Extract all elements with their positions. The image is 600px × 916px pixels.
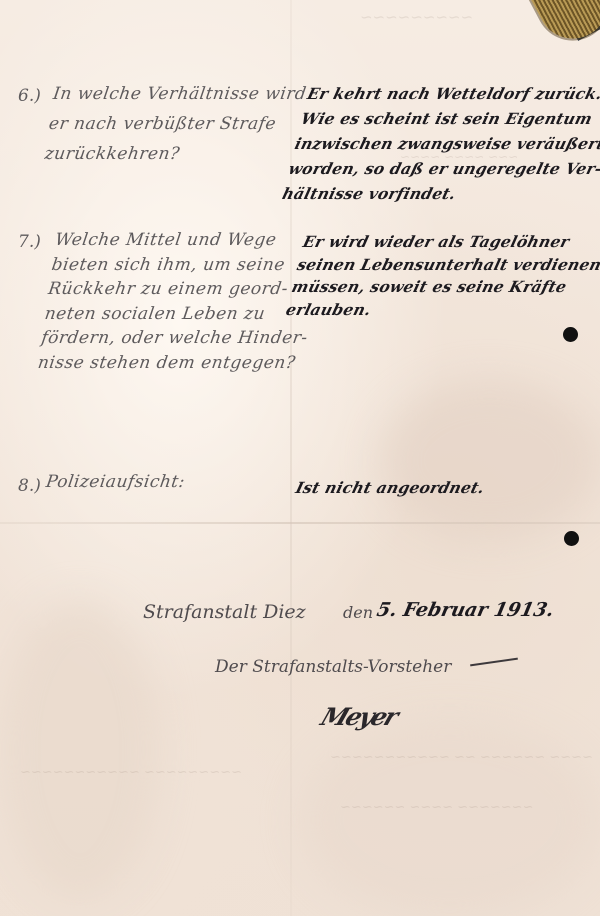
official-title: Der Strafanstalts-Vorsteher: [215, 659, 451, 676]
signature: Meyer: [318, 705, 400, 729]
bleed-through-text: ~~~~~~~ ~~~~ ~~~~~~: [340, 800, 533, 815]
entry-number: 6.): [18, 86, 41, 106]
paper-stain: [380, 380, 600, 540]
bleed-through-text: ~~~~~~~~~: [360, 8, 473, 26]
signature-flourish: [470, 658, 518, 667]
date: 5. Februar 1913.: [375, 601, 556, 620]
answer-7: Er wird wieder als Tagelöhner seinen Leb…: [283, 234, 600, 324]
brass-fastener-icon: [530, 0, 600, 51]
place-label: Strafanstalt Diez: [143, 603, 306, 622]
paper-fold-line: [0, 522, 600, 524]
punch-hole-icon: [564, 531, 579, 546]
question-8: Polizeiaufsicht:: [45, 474, 186, 491]
punch-hole-icon: [563, 327, 578, 342]
date-prefix: den: [343, 605, 373, 621]
entry-number: 7.): [18, 232, 41, 252]
bleed-through-text: ~~~~~~~~~ ~~~~~~~~~~~: [20, 765, 242, 780]
bleed-through-text: ~~~~ ~~~~~~ ~~ ~~~~~~~~~~~: [330, 750, 593, 765]
document-page: ~~~~~~~~~ ~~~ ~~~~ ~~~~ ~~~~ ~~~~~~ ~~ ~…: [0, 0, 600, 916]
paper-stain: [0, 600, 160, 900]
entry-number: 8.): [18, 476, 41, 496]
answer-8: Ist nicht angeordnet.: [294, 480, 486, 496]
question-6: In welche Verhältnisse wird er nach verb…: [42, 86, 308, 176]
answer-6: Er kehrt nach Wetteldorf zurück. Wie es …: [278, 86, 600, 211]
question-7: Welche Mittel und Wege bieten sich ihm, …: [36, 232, 323, 379]
